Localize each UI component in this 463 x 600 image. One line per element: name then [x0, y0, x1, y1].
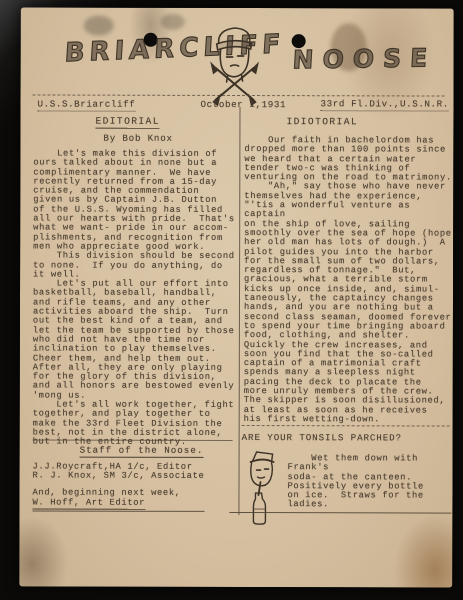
editorial-byline: By Bob Knox — [103, 133, 172, 144]
dateline-ship: U.S.S.Briarcliff — [37, 98, 135, 111]
paper-sheet: BRIARCLIFF NOOSE — [19, 7, 454, 587]
sailor-emblem-icon — [203, 24, 265, 110]
staff-heading: Staff of the Noose. — [80, 445, 204, 458]
ink-smudge — [161, 14, 185, 30]
ad-body: Wet them down with Frank's soda- at the … — [287, 454, 449, 510]
editorial-body: Let's make this division of ours talked … — [33, 149, 238, 447]
editorial-heading: EDITORIAL — [95, 116, 159, 129]
scanned-newsletter-page: BRIARCLIFF NOOSE — [0, 0, 463, 600]
staff-list: J.J.Roycraft,HA 1/c, Editor R. J. Knox, … — [33, 462, 237, 481]
soda-sailor-icon — [242, 449, 286, 527]
idiotorial-body: Our faith in bachelordom has dropped mor… — [244, 136, 453, 425]
dateline-division: 33rd Fl.Div.,U.S.N.R. — [320, 98, 448, 111]
dateline-date: October 1,1931 — [200, 99, 286, 110]
idiotorial-heading: IDIOTORIAL — [286, 116, 358, 127]
column-divider — [238, 107, 240, 515]
art-editor-underline — [32, 510, 204, 511]
ink-smudge — [84, 16, 114, 36]
ad-top-rule — [242, 425, 450, 427]
masthead-title-right: NOOSE — [292, 43, 437, 74]
art-editor-line: W. Hoff, Art Editor — [32, 498, 145, 510]
ad-heading: ARE YOUR TONSILS PARCHED? — [242, 432, 402, 443]
